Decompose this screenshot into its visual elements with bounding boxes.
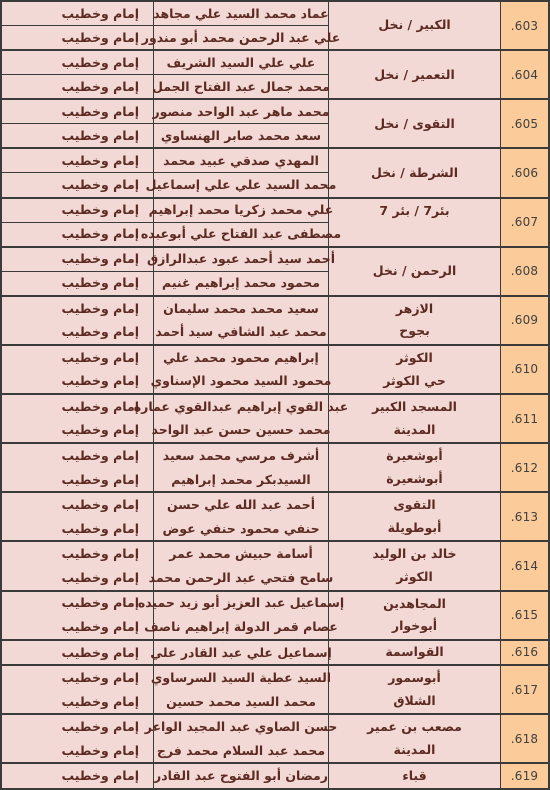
mosque-cell: التقوى / نخل [328, 100, 500, 147]
mosque-cell: الازهربجوح [328, 297, 500, 344]
name-text: رمضان أبو الفتوح عبد القادر [154, 764, 328, 788]
names-cell: السيد عطية السيد السرساويمحمد السيد محمد… [153, 666, 328, 713]
role-text: إمام وخطيب [2, 149, 153, 172]
mosque-line: قباء [402, 769, 426, 783]
name-text: سامح فتحي عبد الرحمن محمد [154, 566, 328, 590]
name-text: السيدبكر محمد إبراهيم [154, 468, 328, 492]
name-text: عماد محمد السيد علي مجاهد [154, 2, 328, 25]
mosque-cell: أبوشعيرةأبوشعيرة [328, 444, 500, 491]
name-text: السيد عطية السيد السرساوي [154, 666, 328, 690]
mosque-cell: قباء [328, 764, 500, 788]
mosque-line: خالد بن الوليد [372, 547, 456, 561]
name-text: إسماعيل علي عبد القادر علي [154, 641, 328, 665]
role-text: إمام وخطيب [2, 369, 153, 393]
name-text: إسماعيل عبد العزيز أبو زيد حميده [154, 592, 328, 616]
mosque-line: المدينة [394, 743, 436, 757]
role-text: إمام وخطيب [2, 395, 153, 419]
mosque-line: القواسمة [385, 645, 443, 659]
table-row: .603 الكبير / نخل عماد محمد السيد علي مج… [2, 2, 548, 49]
mosque-line: الكوثر [396, 570, 433, 584]
name-text: حسن الصاوي عبد المجيد الواعر [154, 715, 328, 739]
role-text: إمام وخطيب [2, 566, 153, 590]
name-text: سعيد محمد محمد سليمان [154, 297, 328, 321]
names-cell: إبراهيم محمود محمد عليمحمود السيد محمود … [153, 346, 328, 393]
row-number-cell: .606 [500, 149, 548, 196]
roles-cell: إمام وخطيبإمام وخطيب [2, 592, 153, 639]
name-text: محمود السيد محمود الإسناوي [154, 369, 328, 393]
mosque-cell: المجاهدينأبوخوار [328, 592, 500, 639]
mosque-cell: القواسمة [328, 641, 500, 665]
row-number-cell: .615 [500, 592, 548, 639]
roles-cell: إمام وخطيبإمام وخطيب [2, 51, 153, 98]
name-text: محمد جمال عبد الفتاح الجمل [154, 74, 328, 98]
role-text: إمام وخطيب [2, 468, 153, 492]
role-text: إمام وخطيب [2, 715, 153, 739]
imams-table: .603 الكبير / نخل عماد محمد السيد علي مج… [0, 0, 550, 790]
names-cell: أشرف مرسي محمد سعيدالسيدبكر محمد إبراهيم [153, 444, 328, 491]
name-text: حنفي محمود حنفي عوض [154, 517, 328, 541]
mosque-line: أبوشعيرة [386, 449, 442, 463]
row-number-cell: .612 [500, 444, 548, 491]
table-row: .615 المجاهدينأبوخوار إسماعيل عبد العزيز… [2, 590, 548, 639]
table-row: .604 التعمير / نخل علي علي السيد الشريفم… [2, 49, 548, 98]
name-text: أحمد عبد الله علي حسن [154, 493, 328, 517]
names-cell: إسماعيل عبد العزيز أبو زيد حميدهعصام قمر… [153, 592, 328, 639]
name-text: محمود محمد إبراهيم غنيم [154, 271, 328, 295]
roles-cell: إمام وخطيبإمام وخطيب [2, 444, 153, 491]
mosque-cell: خالد بن الوليدالكوثر [328, 542, 500, 589]
name-text: عصام قمر الدولة إبراهيم ناصف [154, 615, 328, 639]
name-text: محمد عبد الشافي سيد أحمد [154, 320, 328, 344]
role-text: إمام وخطيب [2, 25, 153, 49]
role-text: إمام وخطيب [2, 444, 153, 468]
mosque-cell: الكوثرحي الكوثر [328, 346, 500, 393]
names-cell: عبد القوي إبراهيم عبدالقوي عمارهمحمد حسي… [153, 395, 328, 442]
row-number-cell: .618 [500, 715, 548, 762]
role-text: إمام وخطيب [2, 320, 153, 344]
roles-cell: إمام وخطيب [2, 641, 153, 665]
mosque-line: الشرطة / نخل [371, 166, 458, 180]
names-cell: المهدي صدقي عبيد محمدمحمد السيد علي علي … [153, 149, 328, 196]
table-row: .606 الشرطة / نخل المهدي صدقي عبيد محمدم… [2, 147, 548, 196]
names-cell: سعيد محمد محمد سليمانمحمد عبد الشافي سيد… [153, 297, 328, 344]
mosque-line: بئر7 / بئر 7 [379, 204, 449, 218]
names-cell: علي علي السيد الشريفمحمد جمال عبد الفتاح… [153, 51, 328, 98]
mosque-cell: مصعب بن عميرالمدينة [328, 715, 500, 762]
table-row: .607 بئر7 / بئر 7 علي محمد زكريا محمد إب… [2, 197, 548, 246]
names-cell: إسماعيل علي عبد القادر علي [153, 641, 328, 665]
name-text: محمد ماهر عبد الواحد منصور [154, 100, 328, 123]
role-text: إمام وخطيب [2, 641, 153, 665]
name-text: محمد عبد السلام محمد فرج [154, 739, 328, 763]
table-row: .608 الرحمن / نخل أحمد سيد أحمد عبود عبد… [2, 246, 548, 295]
row-number-cell: .619 [500, 764, 548, 788]
table-row: .612 أبوشعيرةأبوشعيرة أشرف مرسي محمد سعي… [2, 442, 548, 491]
table-row: .619 قباء رمضان أبو الفتوح عبد القادر إم… [2, 762, 548, 788]
name-text: عبد القوي إبراهيم عبدالقوي عماره [154, 395, 328, 419]
role-text: إمام وخطيب [2, 493, 153, 517]
role-text: إمام وخطيب [2, 123, 153, 147]
mosque-line: المدينة [394, 423, 436, 437]
name-text: علي عبد الرحمن محمد أبو مندور [154, 25, 328, 49]
name-text: مصطفى عبد الفتاح علي أبوعبده [154, 222, 328, 246]
names-cell: علي محمد زكريا محمد إبراهيممصطفى عبد الف… [153, 199, 328, 246]
table-row: .613 التقوىأبوطويلة أحمد عبد الله علي حس… [2, 491, 548, 540]
row-number-cell: .609 [500, 297, 548, 344]
row-number-cell: .611 [500, 395, 548, 442]
name-text: أشرف مرسي محمد سعيد [154, 444, 328, 468]
role-text: إمام وخطيب [2, 51, 153, 74]
role-text: إمام وخطيب [2, 346, 153, 370]
name-text: إبراهيم محمود محمد علي [154, 346, 328, 370]
role-text: إمام وخطيب [2, 542, 153, 566]
role-text: إمام وخطيب [2, 739, 153, 763]
mosque-line: أبوشعيرة [386, 472, 442, 486]
row-number-cell: .610 [500, 346, 548, 393]
name-text: محمد حسين حسن عبد الواحد [154, 419, 328, 443]
mosque-line: أبوسمور [388, 671, 441, 685]
mosque-cell: بئر7 / بئر 7 [328, 199, 500, 246]
roles-cell: إمام وخطيبإمام وخطيب [2, 297, 153, 344]
roles-cell: إمام وخطيبإمام وخطيب [2, 395, 153, 442]
mosque-line: مصعب بن عمير [367, 720, 462, 734]
mosque-line: الكبير / نخل [378, 18, 450, 32]
mosque-line: المجاهدين [383, 597, 446, 611]
roles-cell: إمام وخطيبإمام وخطيب [2, 715, 153, 762]
mosque-cell: أبوسمورالشلاق [328, 666, 500, 713]
role-text: إمام وخطيب [2, 517, 153, 541]
roles-cell: إمام وخطيبإمام وخطيب [2, 199, 153, 246]
table-row: .617 أبوسمورالشلاق السيد عطية السيد السر… [2, 664, 548, 713]
role-text: إمام وخطيب [2, 615, 153, 639]
mosque-cell: الكبير / نخل [328, 2, 500, 49]
name-text: محمد السيد محمد حسين [154, 690, 328, 714]
names-cell: رمضان أبو الفتوح عبد القادر [153, 764, 328, 788]
role-text: إمام وخطيب [2, 2, 153, 25]
roles-cell: إمام وخطيبإمام وخطيب [2, 149, 153, 196]
row-number-cell: .614 [500, 542, 548, 589]
mosque-line: أبوطويلة [388, 521, 442, 535]
roles-cell: إمام وخطيبإمام وخطيب [2, 346, 153, 393]
row-number-cell: .603 [500, 2, 548, 49]
role-text: إمام وخطيب [2, 74, 153, 98]
roles-cell: إمام وخطيبإمام وخطيب [2, 542, 153, 589]
role-text: إمام وخطيب [2, 248, 153, 271]
table-row: .618 مصعب بن عميرالمدينة حسن الصاوي عبد … [2, 713, 548, 762]
roles-cell: إمام وخطيب [2, 764, 153, 788]
row-number-cell: .613 [500, 493, 548, 540]
roles-cell: إمام وخطيبإمام وخطيب [2, 666, 153, 713]
mosque-line: الشلاق [393, 694, 435, 708]
mosque-line: أبوخوار [392, 619, 437, 633]
row-number-cell: .604 [500, 51, 548, 98]
mosque-line: التقوى / نخل [374, 117, 455, 131]
role-text: إمام وخطيب [2, 690, 153, 714]
table-row: .609 الازهربجوح سعيد محمد محمد سليمانمحم… [2, 295, 548, 344]
names-cell: أحمد سيد أحمد عبود عبدالرازقمحمود محمد إ… [153, 248, 328, 295]
role-text: إمام وخطيب [2, 666, 153, 690]
table-row: .614 خالد بن الوليدالكوثر أسامة حبيش محم… [2, 540, 548, 589]
names-cell: أحمد عبد الله علي حسنحنفي محمود حنفي عوض [153, 493, 328, 540]
roles-cell: إمام وخطيبإمام وخطيب [2, 493, 153, 540]
name-text: أسامة حبيش محمد عمر [154, 542, 328, 566]
role-text: إمام وخطيب [2, 764, 153, 788]
names-cell: عماد محمد السيد علي مجاهدعلي عبد الرحمن … [153, 2, 328, 49]
row-number-cell: .617 [500, 666, 548, 713]
role-text: إمام وخطيب [2, 199, 153, 222]
row-number-cell: .605 [500, 100, 548, 147]
names-cell: أسامة حبيش محمد عمرسامح فتحي عبد الرحمن … [153, 542, 328, 589]
mosque-line: التقوى [393, 498, 435, 512]
row-number-cell: .616 [500, 641, 548, 665]
table-row: .611 المسجد الكبيرالمدينة عبد القوي إبرا… [2, 393, 548, 442]
row-number-cell: .608 [500, 248, 548, 295]
name-text: سعد محمد صابر الهنساوي [154, 123, 328, 147]
roles-cell: إمام وخطيبإمام وخطيب [2, 248, 153, 295]
role-text: إمام وخطيب [2, 222, 153, 246]
mosque-line: حي الكوثر [383, 374, 446, 388]
mosque-line: التعمير / نخل [374, 68, 455, 82]
names-cell: حسن الصاوي عبد المجيد الواعرمحمد عبد الس… [153, 715, 328, 762]
mosque-line: الكوثر [396, 351, 433, 365]
roles-cell: إمام وخطيبإمام وخطيب [2, 100, 153, 147]
table-row: .610 الكوثرحي الكوثر إبراهيم محمود محمد … [2, 344, 548, 393]
mosque-cell: الشرطة / نخل [328, 149, 500, 196]
role-text: إمام وخطيب [2, 100, 153, 123]
row-number-cell: .607 [500, 199, 548, 246]
role-text: إمام وخطيب [2, 297, 153, 321]
name-text: المهدي صدقي عبيد محمد [154, 149, 328, 172]
mosque-cell: الرحمن / نخل [328, 248, 500, 295]
roles-cell: إمام وخطيبإمام وخطيب [2, 2, 153, 49]
role-text: إمام وخطيب [2, 419, 153, 443]
role-text: إمام وخطيب [2, 172, 153, 196]
name-text: علي محمد زكريا محمد إبراهيم [154, 199, 328, 222]
role-text: إمام وخطيب [2, 592, 153, 616]
mosque-line: بجوح [399, 324, 430, 338]
name-text: محمد السيد علي علي إسماعيل [154, 172, 328, 196]
name-text: أحمد سيد أحمد عبود عبدالرازق [154, 248, 328, 271]
mosque-line: الرحمن / نخل [373, 264, 457, 278]
name-text: علي علي السيد الشريف [154, 51, 328, 74]
mosque-line: المسجد الكبير [372, 400, 457, 414]
names-cell: محمد ماهر عبد الواحد منصورسعد محمد صابر … [153, 100, 328, 147]
mosque-cell: التعمير / نخل [328, 51, 500, 98]
table-row: .605 التقوى / نخل محمد ماهر عبد الواحد م… [2, 98, 548, 147]
role-text: إمام وخطيب [2, 271, 153, 295]
table-row: .616 القواسمة إسماعيل علي عبد القادر علي… [2, 639, 548, 665]
mosque-line: الازهر [396, 302, 433, 316]
mosque-cell: التقوىأبوطويلة [328, 493, 500, 540]
mosque-cell: المسجد الكبيرالمدينة [328, 395, 500, 442]
